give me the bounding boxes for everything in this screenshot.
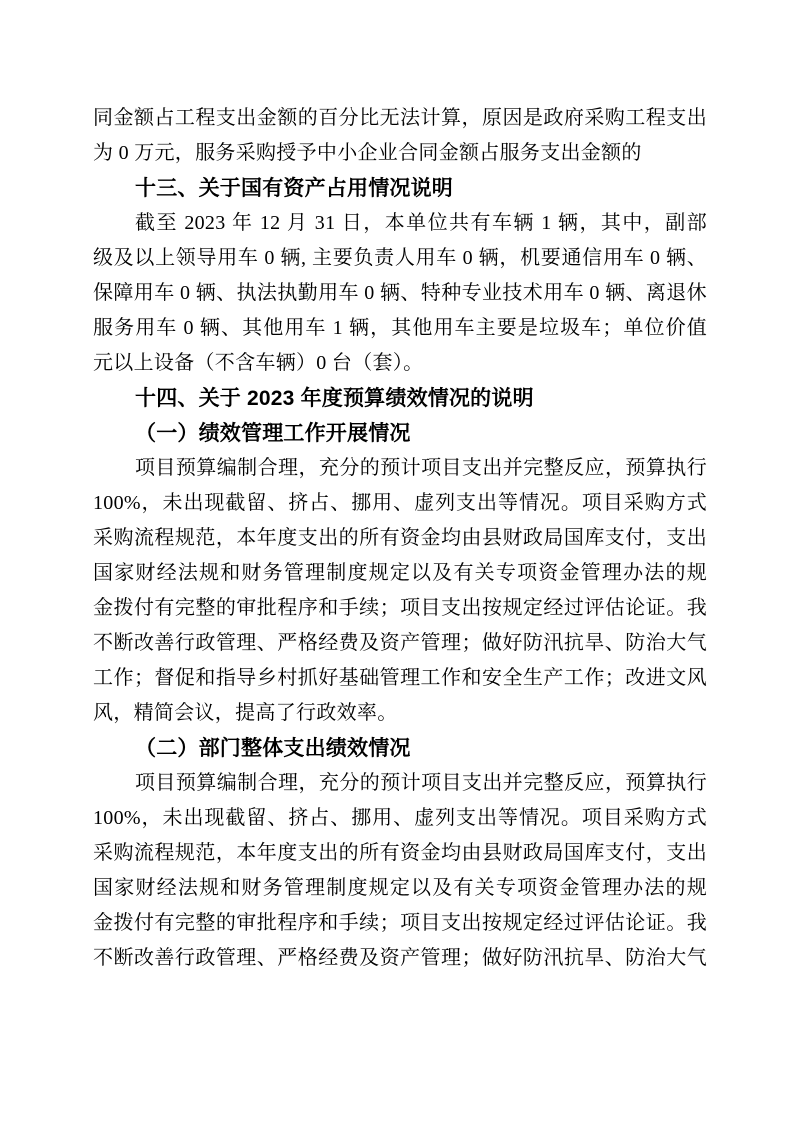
heading-section-14: 十四、关于 2023 年度预算绩效情况的说明 xyxy=(93,381,707,416)
continuation-paragraph-line: 同金额占工程支出金额的百分比无法计算，原因是政府采购工程支出金额 xyxy=(93,101,707,136)
paragraph-line: 国家财经法规和财务管理制度规定以及有关专项资金管理办法的规定；资 xyxy=(93,556,707,591)
paragraph-line: 采购流程规范，本年度支出的所有资金均由县财政局国库支付，支出符合 xyxy=(93,521,707,556)
paragraph-line: 100%，未出现截留、挤占、挪用、虚列支出等情况。项目采购方式合规、 xyxy=(93,801,707,836)
paragraph-line: 金拨付有完整的审批程序和手续；项目支出按规定经过评估论证。我单位 xyxy=(93,906,707,941)
paragraph-line: 采购流程规范，本年度支出的所有资金均由县财政局国库支付，支出符合 xyxy=(93,836,707,871)
paragraph-line: 服务用车 0 辆、其他用车 1 辆，其他用车主要是垃圾车；单位价值 100 万 xyxy=(93,311,707,346)
paragraph-line: 元以上设备（不含车辆）0 台（套）。 xyxy=(93,346,707,381)
paragraph-line: 项目预算编制合理，充分的预计项目支出并完整反应，预算执行率达 xyxy=(93,766,707,801)
paragraph-line: 不断改善行政管理、严格经费及资产管理；做好防汛抗旱、防治大气污染 xyxy=(93,626,707,661)
paragraph-line: 保障用车 0 辆、执法执勤用车 0 辆、特种专业技术用车 0 辆、离退休干部 xyxy=(93,276,707,311)
paragraph-line: 风，精简会议，提高了行政效率。 xyxy=(93,696,707,731)
paragraph-line: 工作；督促和指导乡村抓好基础管理工作和安全生产工作；改进文风会 xyxy=(93,661,707,696)
subheading-performance-management: （一）绩效管理工作开展情况 xyxy=(93,416,707,451)
heading-section-13: 十三、关于国有资产占用情况说明 xyxy=(93,171,707,206)
paragraph-line: 截至 2023 年 12 月 31 日，本单位共有车辆 1 辆，其中，副部（省） xyxy=(93,206,707,241)
document-text-block: 同金额占工程支出金额的百分比无法计算，原因是政府采购工程支出金额 为 0 万元，… xyxy=(93,101,707,976)
paragraph-line: 国家财经法规和财务管理制度规定以及有关专项资金管理办法的规定；资 xyxy=(93,871,707,906)
document-page: 同金额占工程支出金额的百分比无法计算，原因是政府采购工程支出金额 为 0 万元，… xyxy=(0,0,793,1122)
paragraph-line: 级及以上领导用车 0 辆, 主要负责人用车 0 辆，机要通信用车 0 辆、应急 xyxy=(93,241,707,276)
paragraph-line: 项目预算编制合理，充分的预计项目支出并完整反应，预算执行率达 xyxy=(93,451,707,486)
paragraph-line: 金拨付有完整的审批程序和手续；项目支出按规定经过评估论证。我单位 xyxy=(93,591,707,626)
paragraph-line: 100%，未出现截留、挤占、挪用、虚列支出等情况。项目采购方式合规、 xyxy=(93,486,707,521)
paragraph-line: 不断改善行政管理、严格经费及资产管理；做好防汛抗旱、防治大气污染 xyxy=(93,941,707,976)
subheading-department-expenditure: （二）部门整体支出绩效情况 xyxy=(93,731,707,766)
continuation-paragraph-line: 为 0 万元，服务采购授予中小企业合同金额占服务支出金额的 100%。 xyxy=(93,136,707,171)
